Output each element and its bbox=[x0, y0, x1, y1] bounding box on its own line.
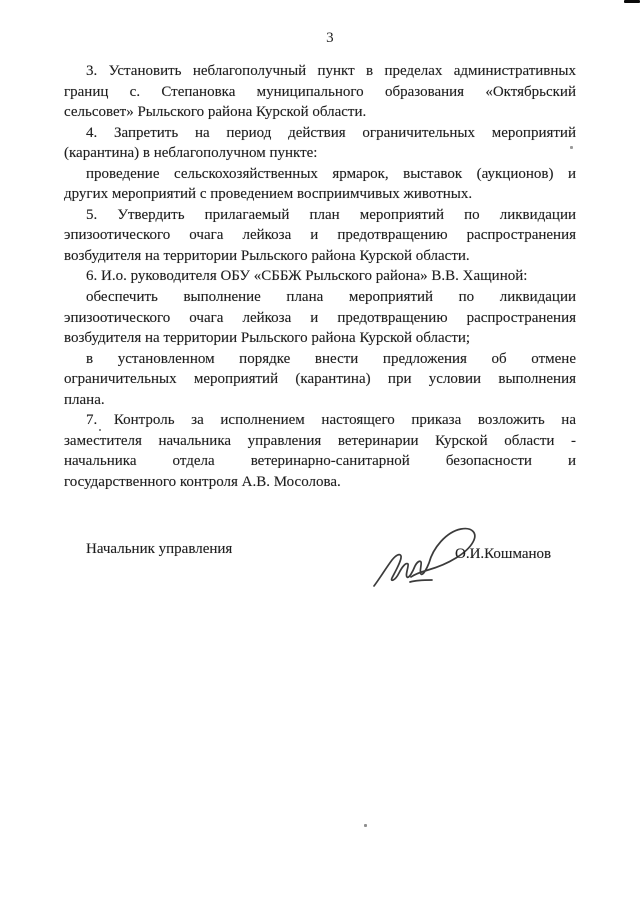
text-line: возбудителя на территории Рыльского райо… bbox=[64, 328, 576, 349]
text-line: эпизоотического очага лейкоза и предотвр… bbox=[64, 308, 576, 329]
text-line: плана. bbox=[64, 390, 576, 411]
text-line: 5. Утвердить прилагаемый план мероприяти… bbox=[64, 205, 576, 226]
scan-speck-2 bbox=[364, 824, 367, 827]
scanned-document-page: 3 3. Установить неблагополучный пункт в … bbox=[0, 0, 640, 905]
text-line: заместителя начальника управления ветери… bbox=[64, 431, 576, 452]
text-line: 7. Контроль за исполнением настоящего пр… bbox=[64, 410, 576, 431]
document-body: 3. Установить неблагополучный пункт в пр… bbox=[64, 61, 576, 492]
paragraph-item-4-sub: проведение сельскохозяйственных ярмарок,… bbox=[64, 164, 576, 205]
text-line: сельсовет» Рыльского района Курской обла… bbox=[64, 102, 576, 123]
text-line: других мероприятий с проведением восприи… bbox=[64, 184, 576, 205]
signatory-name: О.И.Кошманов bbox=[455, 544, 551, 565]
paragraph-item-6: 6. И.о. руководителя ОБУ «СББЖ Рыльского… bbox=[64, 266, 576, 287]
signatory-title: Начальник управления bbox=[86, 539, 232, 560]
paragraph-item-7: 7. Контроль за исполнением настоящего пр… bbox=[64, 410, 576, 492]
scan-speck-1 bbox=[570, 146, 573, 149]
text-line: ограничительных мероприятий (карантина) … bbox=[64, 369, 576, 390]
scan-speck-3 bbox=[99, 429, 101, 431]
paragraph-item-5: 5. Утвердить прилагаемый план мероприяти… bbox=[64, 205, 576, 267]
signature-block: Начальник управления О.И.Кошманов bbox=[64, 537, 576, 597]
text-line: 4. Запретить на период действия ограничи… bbox=[64, 123, 576, 144]
paragraph-item-4: 4. Запретить на период действия ограничи… bbox=[64, 123, 576, 164]
page-number: 3 bbox=[74, 30, 586, 47]
text-line: границ с. Степановка муниципального обра… bbox=[64, 82, 576, 103]
text-line: 6. И.о. руководителя ОБУ «СББЖ Рыльского… bbox=[64, 266, 576, 287]
text-line: эпизоотического очага лейкоза и предотвр… bbox=[64, 225, 576, 246]
paragraph-item-3: 3. Установить неблагополучный пункт в пр… bbox=[64, 61, 576, 123]
paragraph-item-6-sub-1: обеспечить выполнение плана мероприятий … bbox=[64, 287, 576, 349]
text-line: 3. Установить неблагополучный пункт в пр… bbox=[64, 61, 576, 82]
text-line: обеспечить выполнение плана мероприятий … bbox=[64, 287, 576, 308]
scan-mark-top-right bbox=[624, 0, 640, 3]
text-line: (карантина) в неблагополучном пункте: bbox=[64, 143, 576, 164]
text-line: в установленном порядке внести предложен… bbox=[64, 349, 576, 370]
text-line: возбудителя на территории Рыльского райо… bbox=[64, 246, 576, 267]
text-line: проведение сельскохозяйственных ярмарок,… bbox=[64, 164, 576, 185]
paragraph-item-6-sub-2: в установленном порядке внести предложен… bbox=[64, 349, 576, 411]
text-line: начальника отдела ветеринарно-санитарной… bbox=[64, 451, 576, 472]
text-line: государственного контроля А.В. Мосолова. bbox=[64, 472, 576, 493]
